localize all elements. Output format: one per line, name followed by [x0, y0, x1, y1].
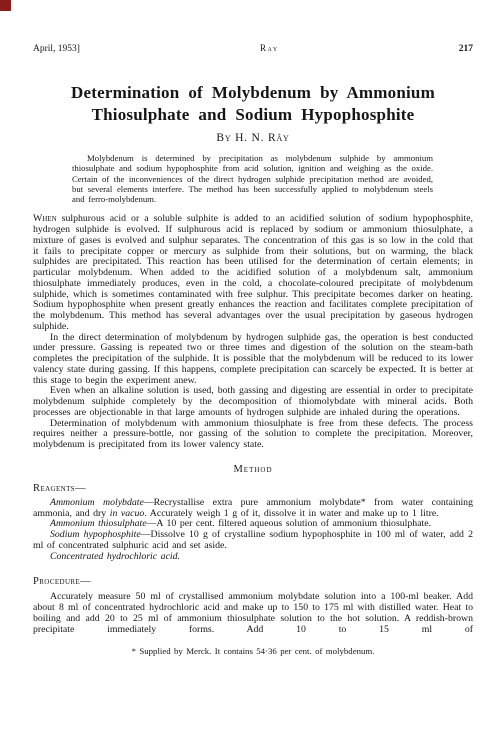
reagent-text: . Accurately weigh 1 g of it, dissolve i…	[144, 508, 438, 519]
footnote: * Supplied by Merck. It contains 54·36 p…	[33, 646, 473, 656]
reagents-heading: Reagents—	[33, 483, 473, 495]
paragraph-lead-smallcaps: When	[33, 213, 57, 224]
reagent-name: Concentrated hydrochloric acid.	[50, 551, 180, 562]
method-heading: Method	[33, 464, 473, 476]
reagent-paragraph: Ammonium molybdate—Recrystallise extra p…	[33, 498, 473, 520]
reagent-name: Sodium hypophosphite	[50, 529, 141, 540]
abstract: Molybdenum is determined by precipitatio…	[72, 153, 433, 204]
body-paragraph-4: Determination of molybdenum with ammoniu…	[33, 419, 473, 451]
reagent-name: Ammonium thiosulphate	[50, 518, 147, 529]
reagent-text: —A 10 per cent. filtered aqueous solutio…	[147, 518, 431, 529]
article-title-line2: Thiosulphate and Sodium Hypophosphite	[33, 104, 473, 126]
reagent-paragraph: Sodium hypophosphite—Dissolve 10 g of cr…	[33, 530, 473, 552]
body-paragraph-2: In the direct determination of molybdenu…	[33, 333, 473, 387]
article-title-line1: Determination of Molybdenum by Ammonium	[33, 82, 473, 104]
reagent-latin-phrase: in vacuo	[110, 508, 145, 519]
body-paragraph-3: Even when an alkaline solution is used, …	[33, 386, 473, 418]
journal-page: April, 1953] Ray 217 Determination of Mo…	[0, 0, 500, 750]
byline: By H. N. Rây	[33, 132, 473, 144]
body-paragraph-1: When sulphurous acid or a soluble sulphi…	[33, 214, 473, 332]
procedure-paragraph: Accurately measure 50 ml of crystallised…	[33, 592, 473, 635]
running-title: Ray	[260, 43, 279, 54]
paragraph-text: sulphurous acid or a soluble sulphite is…	[33, 213, 473, 332]
reagent-paragraph: Concentrated hydrochloric acid.	[33, 552, 473, 563]
article-title: Determination of Molybdenum by Ammonium …	[33, 82, 473, 125]
reagent-name: Ammonium molybdate	[50, 497, 144, 508]
procedure-heading: Procedure—	[33, 576, 473, 588]
page-number: 217	[459, 44, 473, 55]
corner-marker	[0, 0, 11, 11]
issue-date: April, 1953]	[33, 44, 80, 55]
running-head: April, 1953] Ray 217	[33, 43, 473, 55]
